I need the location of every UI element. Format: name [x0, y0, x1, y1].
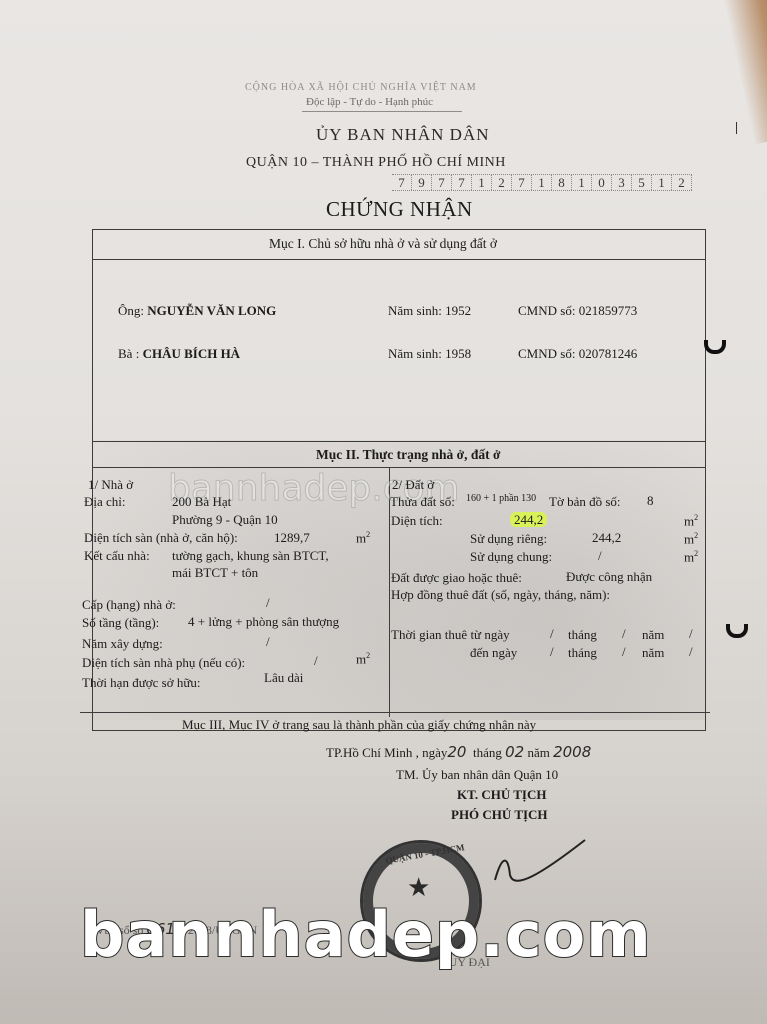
- parcel-label: Thửa đất số:: [390, 494, 455, 510]
- serial-digit: 8: [552, 175, 572, 190]
- role-vice-chairman: PHÓ CHỦ TỊCH: [451, 807, 548, 823]
- private-use-value: 244,2: [592, 530, 621, 546]
- month-handwritten: 02: [505, 743, 524, 761]
- owner2-prefix: Bà :: [118, 346, 139, 361]
- structure-line2: mái BTCT + tôn: [172, 565, 258, 581]
- floors-value: 4 + lửng + phòng sân thượng: [188, 614, 339, 630]
- unit: m: [356, 651, 366, 666]
- grade-value: /: [266, 595, 270, 611]
- slash: /: [550, 644, 554, 660]
- id-label: CMND số:: [518, 346, 575, 361]
- aux-area-unit: m2: [356, 651, 370, 667]
- month-label: tháng: [568, 645, 597, 661]
- floor-area-value: 1289,7: [274, 530, 310, 546]
- address-label: Địa chỉ:: [84, 494, 126, 510]
- serial-digit: 1: [472, 175, 492, 190]
- unit: m: [684, 513, 694, 528]
- binder-hole-icon: [726, 624, 748, 638]
- floor-area-unit: m2: [356, 530, 370, 546]
- date-line: TP.Hồ Chí Minh , ngày20 tháng 02 năm 200…: [326, 743, 591, 761]
- serial-digit: 5: [632, 175, 652, 190]
- map-sheet-value: 8: [647, 493, 654, 509]
- day-handwritten: 20: [447, 743, 466, 761]
- place: TP.Hồ Chí Minh: [326, 745, 412, 760]
- serial-digit: 7: [512, 175, 532, 190]
- site-watermark: bannhadep.com: [80, 898, 652, 971]
- serial-digit: 2: [672, 175, 692, 190]
- year-label: năm: [642, 627, 664, 643]
- certificate-title: CHỨNG NHẬN: [326, 197, 473, 222]
- pen-mark: [736, 122, 737, 134]
- owner2-birth: Năm sinh: 1958: [388, 346, 471, 362]
- divider: [92, 441, 706, 442]
- birth-label: Năm sinh:: [388, 303, 442, 318]
- land-area-label: Diện tích:: [391, 513, 443, 529]
- serial-digit: 1: [652, 175, 672, 190]
- footer-note: Mục III, Mục IV ở trang sau là thành phầ…: [182, 717, 536, 733]
- parcel-value: 160 + 1 phần 130: [466, 493, 536, 504]
- shared-use-value: /: [598, 548, 602, 564]
- day-label: , ngày: [416, 745, 448, 760]
- slash: /: [622, 626, 626, 642]
- serial-number: 797712718103512: [392, 174, 692, 191]
- slash: /: [689, 626, 693, 642]
- land-area-unit: m2: [684, 513, 698, 529]
- year-handwritten: 2008: [553, 743, 591, 761]
- owner1-row: Ông: NGUYỄN VĂN LONG: [118, 303, 276, 319]
- slash: /: [550, 626, 554, 642]
- structure-label: Kết cấu nhà:: [84, 548, 150, 564]
- structure-line1: tường gạch, khung sàn BTCT,: [172, 548, 329, 564]
- divider: [92, 259, 706, 260]
- committee-title: ỦY BAN NHÂN DÂN: [316, 125, 490, 145]
- slash: /: [689, 644, 693, 660]
- birth-label: Năm sinh:: [388, 346, 442, 361]
- grade-label: Cấp (hạng) nhà ở:: [82, 597, 176, 613]
- serial-digit: 2: [492, 175, 512, 190]
- unit: m: [684, 531, 694, 546]
- owner2-id: CMND số: 020781246: [518, 346, 637, 362]
- serial-digit: 9: [412, 175, 432, 190]
- id-number: 021859773: [579, 303, 638, 318]
- national-title: CỘNG HÒA XÃ HỘI CHỦ NGHĨA VIỆT NAM: [245, 82, 477, 93]
- house-heading: 1/ Nhà ở: [88, 477, 133, 493]
- section1-title: Mục I. Chủ sở hữu nhà ở và sử dụng đất ở: [269, 236, 497, 252]
- floors-label: Số tầng (tầng):: [82, 615, 159, 631]
- serial-digit: 1: [532, 175, 552, 190]
- highlighted-area: 244,2: [510, 512, 547, 527]
- ownership-term-value: Lâu dài: [264, 670, 303, 686]
- address-line1: 200 Bà Hạt: [172, 494, 231, 510]
- lease-from-label: Thời gian thuê từ ngày: [391, 627, 510, 643]
- owner1-name: NGUYỄN VĂN LONG: [147, 303, 276, 318]
- serial-digit: 7: [392, 175, 412, 190]
- owner2-name: CHÂU BÍCH HÀ: [143, 346, 241, 361]
- district-title: QUẬN 10 – THÀNH PHỐ HỒ CHÍ MINH: [246, 155, 506, 171]
- aux-area-label: Diện tích sàn nhà phụ (nếu có):: [82, 655, 245, 671]
- desk-edge: [721, 0, 767, 144]
- id-number: 020781246: [579, 346, 638, 361]
- section2-title: Mục II. Thực trạng nhà ở, đất ở: [316, 447, 500, 463]
- month-label: tháng: [473, 745, 502, 760]
- signature-scribble: [490, 835, 590, 895]
- birth-year: 1958: [445, 346, 471, 361]
- month-label: tháng: [568, 627, 597, 643]
- owner1-id: CMND số: 021859773: [518, 303, 637, 319]
- slash: /: [622, 644, 626, 660]
- serial-digit: 0: [592, 175, 612, 190]
- unit: m: [684, 549, 694, 564]
- owner1-birth: Năm sinh: 1952: [388, 303, 471, 319]
- serial-digit: 3: [612, 175, 632, 190]
- motto-underline: [302, 111, 462, 112]
- binder-hole-icon: [704, 340, 726, 354]
- land-heading: 2/ Đất ở: [392, 477, 434, 493]
- allocation-value: Được công nhận: [566, 569, 652, 585]
- unit: m: [356, 530, 366, 545]
- role-chairman: KT. CHỦ TỊCH: [457, 787, 546, 803]
- shared-use-label: Sử dụng chung:: [470, 549, 552, 565]
- allocation-label: Đất được giao hoặc thuê:: [391, 570, 522, 586]
- serial-digit: 1: [572, 175, 592, 190]
- stamp-text: QUẬN 10 - TP.HCM: [385, 842, 466, 866]
- private-use-unit: m2: [684, 531, 698, 547]
- lease-to-label: đến ngày: [470, 645, 517, 661]
- year-label: năm: [642, 645, 664, 661]
- owner2-row: Bà : CHÂU BÍCH HÀ: [118, 346, 240, 362]
- year-built-value: /: [266, 634, 270, 650]
- address-line2: Phường 9 - Quận 10: [172, 512, 278, 528]
- serial-digit: 7: [452, 175, 472, 190]
- on-behalf: TM. Ủy ban nhân dân Quận 10: [396, 767, 558, 783]
- serial-digit: 7: [432, 175, 452, 190]
- id-label: CMND số:: [518, 303, 575, 318]
- birth-year: 1952: [445, 303, 471, 318]
- year-label: năm: [527, 745, 549, 760]
- map-sheet-label: Tờ bản đồ số:: [549, 494, 621, 510]
- divider: [80, 712, 710, 713]
- land-area-value: 244,2: [510, 512, 547, 528]
- ownership-term-label: Thời hạn được sở hữu:: [82, 675, 200, 691]
- shared-use-unit: m2: [684, 549, 698, 565]
- aux-area-value: /: [314, 653, 318, 669]
- floor-area-label: Diện tích sàn (nhà ở, căn hộ):: [84, 530, 238, 546]
- motto: Độc lập - Tự do - Hạnh phúc: [306, 96, 433, 108]
- year-built-label: Năm xây dựng:: [82, 636, 163, 652]
- lease-contract-label: Hợp đồng thuê đất (số, ngày, tháng, năm)…: [391, 587, 610, 603]
- private-use-label: Sử dụng riêng:: [470, 531, 547, 547]
- owner1-prefix: Ông:: [118, 303, 144, 318]
